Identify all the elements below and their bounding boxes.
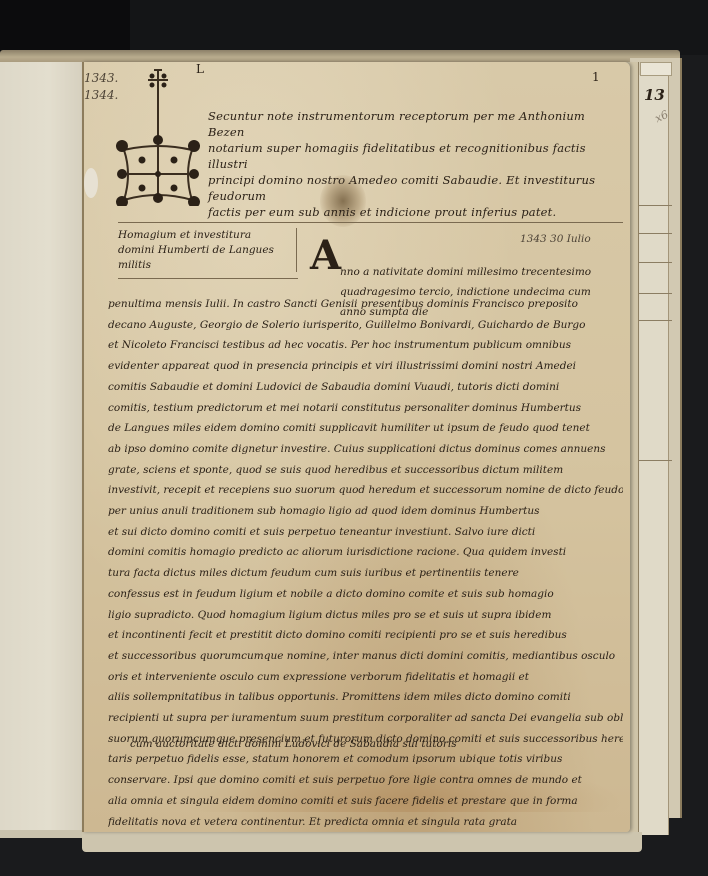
text-line: comitis, testium predictorum et mei nota…	[108, 398, 623, 419]
text-line: comitis Sabaudie et domini Ludovici de S…	[108, 377, 623, 398]
ruling-line-top	[118, 222, 623, 223]
text-line: decano Auguste, Georgio de Solerio iuris…	[108, 315, 623, 336]
text-line: recipienti ut supra per iuramentum suum …	[108, 708, 623, 729]
ruling-line-margin-box	[118, 278, 298, 279]
heading-line: Secuntur note instrumentorum receptorum …	[208, 108, 618, 140]
text-line: taris perpetuo fidelis esse, statum hono…	[108, 749, 623, 770]
marginal-title-line: Homagium et investitura	[118, 228, 296, 243]
text-line: et Nicoleto Francisci testibus ad hec vo…	[108, 335, 623, 356]
page-damage-spot	[84, 168, 98, 198]
index-tab	[640, 62, 672, 76]
heading-line: factis per eum sub annis et indicione pr…	[208, 204, 618, 220]
text-line: per unius anuli traditionem sub homagio …	[108, 501, 623, 522]
text-line: ab ipso domino comite dignetur investire…	[108, 439, 623, 460]
document-heading: Secuntur note instrumentorum receptorum …	[208, 108, 618, 220]
text-line: et incontinenti fecit et prestitit dicto…	[108, 625, 623, 646]
background-top-left	[0, 0, 130, 55]
index-tab-number: 13	[644, 86, 665, 104]
heading-line: principi domino nostro Amedeo comiti Sab…	[208, 172, 618, 204]
notarial-signum-icon	[110, 66, 206, 206]
text-line: evidenter appareat quod in presencia pri…	[108, 356, 623, 377]
page-stack-bottom-edge	[82, 832, 642, 852]
text-line: fidelitatis nova et vetera continentur. …	[108, 812, 623, 833]
text-line: nno a nativitate domini millesimo trecen…	[340, 262, 620, 282]
heading-line: notarium super homagiis fidelitatibus et…	[208, 140, 618, 172]
text-line: investivit, recepit et recepiens suo suo…	[108, 480, 623, 501]
text-line: tura facta dictus miles dictum feudum cu…	[108, 563, 623, 584]
pencil-date-note: 1343 30 Iulio	[520, 233, 591, 245]
text-line: alia omnia et singula eidem domino comit…	[108, 791, 623, 812]
text-line: oris et interveniente osculo cum express…	[108, 667, 623, 688]
text-line: confessus est in feudum ligium et nobile…	[108, 584, 623, 605]
decorated-initial: A	[310, 236, 341, 276]
facing-page-left	[0, 62, 84, 832]
text-line: ligio supradicto. Quod homagium ligium d…	[108, 605, 623, 626]
marginal-title-line: domini Humberti de Langues militis	[118, 243, 296, 273]
text-line: conservare. Ipsi que domino comiti et su…	[108, 770, 623, 791]
text-line: de Langues miles eidem domino comiti sup…	[108, 418, 623, 439]
main-text-block: penultima mensis Iulii. In castro Sancti…	[108, 294, 623, 832]
text-line: penultima mensis Iulii. In castro Sancti…	[108, 294, 623, 315]
folio-number: 1	[592, 70, 600, 84]
text-line: grate, sciens et sponte, quod se suis qu…	[108, 460, 623, 481]
marginal-title-box: Homagium et investitura domini Humberti …	[118, 228, 297, 272]
text-line: aliis sollempnitatibus in talibus opport…	[108, 687, 623, 708]
facing-page-bottom-edge	[0, 830, 82, 838]
closing-line: cum auctoritate dicti domini Ludovici de…	[130, 738, 457, 750]
text-line: et successoribus quorumcumque nomine, in…	[108, 646, 623, 667]
text-line: et sui dicto domino comiti et suis perpe…	[108, 522, 623, 543]
text-line: domini comitis homagio predicto ac alior…	[108, 542, 623, 563]
